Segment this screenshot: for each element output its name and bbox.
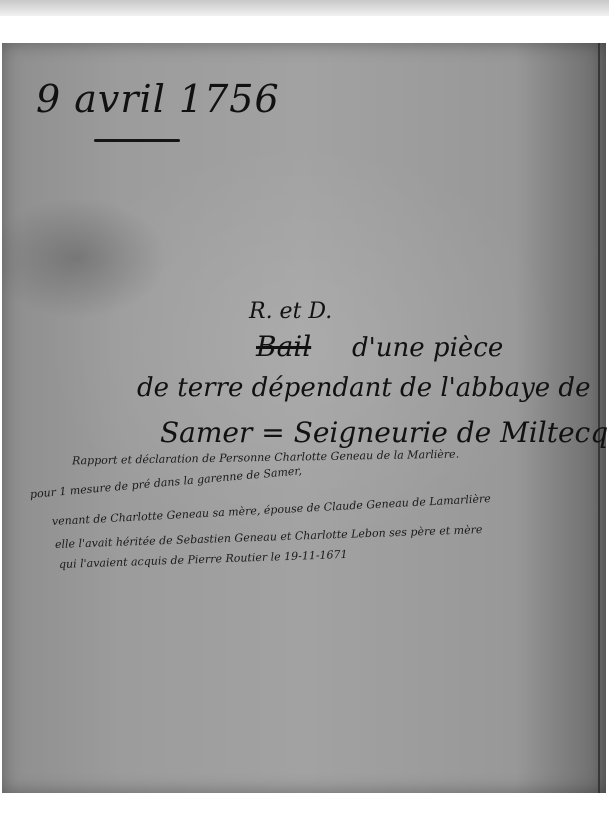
document-page: 9 avril 1756 R. et D. Bail d'une pièce d… bbox=[2, 43, 606, 793]
body-line: elle l'avait héritée de Sebastien Geneau… bbox=[55, 523, 483, 551]
title-line-3: Samer = Seigneurie de Miltecq bbox=[160, 416, 608, 449]
title-line-1: d'une pièce bbox=[352, 333, 503, 363]
scan-top-strip bbox=[0, 0, 609, 16]
date-underline bbox=[94, 139, 180, 142]
title-struck-word: Bail bbox=[256, 330, 311, 363]
body-line: venant de Charlotte Geneau sa mère, épou… bbox=[52, 492, 491, 528]
subtitle: Rapport et déclaration de Personne Charl… bbox=[72, 448, 459, 468]
title-correction: R. et D. bbox=[249, 299, 332, 324]
title-line-2: de terre dépendant de l'abbaye de bbox=[137, 373, 590, 403]
document-date: 9 avril 1756 bbox=[36, 77, 280, 121]
body-line: pour 1 mesure de pré dans la garenne de … bbox=[29, 464, 302, 501]
body-line: qui l'avaient acquis de Pierre Routier l… bbox=[59, 548, 348, 571]
